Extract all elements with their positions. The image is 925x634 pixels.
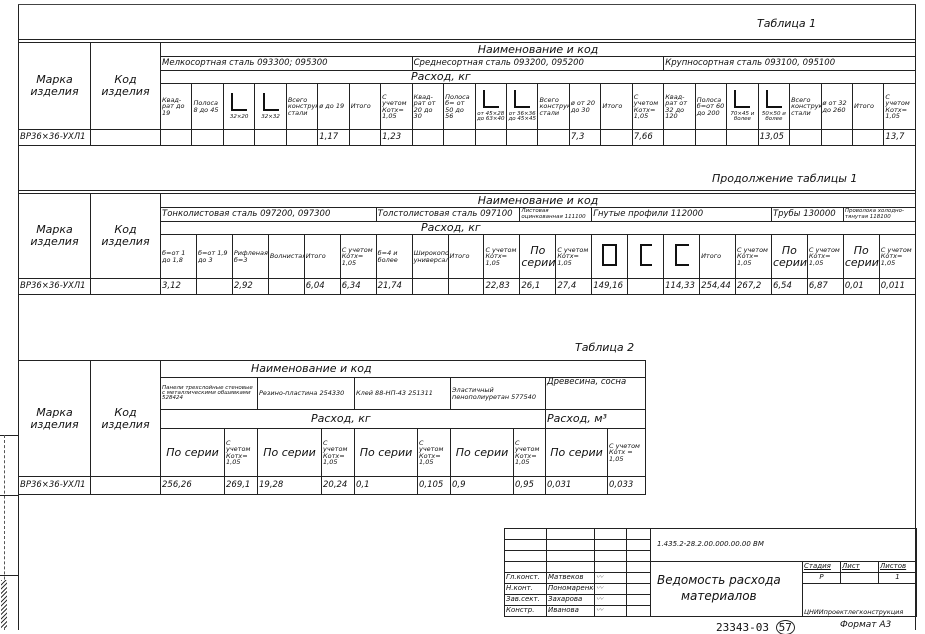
table2-subcol: По серии <box>451 429 514 477</box>
table2-cell: 0,9 <box>451 477 514 495</box>
table2-subcol: С учетом Котх= 1,05 <box>514 429 546 477</box>
table1c-cell: 2,92 <box>232 279 268 295</box>
table1c-subcol: Итого <box>700 235 736 279</box>
signature-mark: 〰 <box>595 606 627 617</box>
table1-cell: 13,05 <box>758 130 789 146</box>
table1-row-marka: ВР36×36-УХЛ1 <box>19 130 91 146</box>
table1-subcol: 70×45 и более <box>727 84 758 130</box>
table1c-cell <box>196 279 232 295</box>
table1-consumption-header: Расход, кг <box>161 71 916 84</box>
table1c-cell: 6,04 <box>304 279 340 295</box>
table1c-row-marka: ВР36×36-УХЛ1 <box>19 279 91 295</box>
table1c-group-4: Трубы 130000 <box>771 208 843 222</box>
table1-cell: 1,17 <box>318 130 349 146</box>
table1c-subcol: б=от 1,9 до 3 <box>196 235 232 279</box>
table1-subcol: Полоса б= от 50 до 56 <box>444 84 475 130</box>
table2-subcol: По серии <box>546 429 608 477</box>
sig-role: Констр. <box>505 606 547 617</box>
table1-cell <box>349 130 380 146</box>
sig-name: Иванова <box>547 606 595 617</box>
table2-cell: 269,1 <box>225 477 258 495</box>
table2-cell: 0,105 <box>418 477 451 495</box>
table1-cell <box>790 130 821 146</box>
table1c-cell: 267,2 <box>736 279 772 295</box>
sheet-number-circle: 57 <box>776 620 795 634</box>
table1-cell <box>506 130 537 146</box>
table1-name-header: Наименование и код <box>161 43 916 57</box>
table1c-subcol: Широкополосный универсальный <box>412 235 448 279</box>
table1-subcol: Итого <box>349 84 380 130</box>
inventory-number: 23343-03 57 <box>716 620 795 634</box>
document-number: 1.435.2-28.2.00.000.00.00 ВМ <box>651 529 917 562</box>
table2-group-4: Древесина, сосна <box>546 378 646 410</box>
binding-strip <box>0 435 18 630</box>
table2-col-kod: Код изделия <box>91 361 161 477</box>
table1c-subcol: По серии <box>520 235 556 279</box>
table1-cell <box>192 130 223 146</box>
table2-cell: 0,033 <box>608 477 646 495</box>
signature-mark: 〰 <box>595 595 627 606</box>
table1c-cell: 6,54 <box>771 279 807 295</box>
angle-profile-icon <box>514 90 530 108</box>
table1-cell <box>601 130 632 146</box>
table1-caption: Таблица 1 <box>757 17 816 30</box>
signature-mark: 〰 <box>595 573 627 584</box>
sheet-value <box>841 573 879 584</box>
table1c-cell: 6,34 <box>340 279 376 295</box>
table2-consumption-kg: Расход, кг <box>161 410 546 429</box>
table1-subcol: 32×20 <box>223 84 254 130</box>
table1-cell: 7,66 <box>632 130 663 146</box>
table1c-subcol: Итого <box>304 235 340 279</box>
table1c-cell: 26,1 <box>520 279 556 295</box>
table1-cell: 13,7 <box>884 130 916 146</box>
table1c-col-kod: Код изделия <box>91 194 161 279</box>
table1c-cell: 27,4 <box>556 279 592 295</box>
table1-subcol: Квад-рат до 19 <box>161 84 192 130</box>
table1-subcol: Квад-рат от 20 до 30 <box>412 84 443 130</box>
table1c-subcol <box>628 235 664 279</box>
table1-cell <box>255 130 286 146</box>
table1-subcol: Всего конструкционной стали <box>286 84 317 130</box>
table1-subcol: Итого <box>601 84 632 130</box>
sheet-label: Лист <box>841 562 879 573</box>
table1c-subcol: По серии <box>771 235 807 279</box>
table1-subcol: Итого <box>852 84 883 130</box>
table2-group-0: Панели трехслойные стеновые с металличес… <box>161 378 258 410</box>
sig-role: Н.конт. <box>505 584 547 595</box>
sheets-value: 1 <box>879 573 917 584</box>
table1c-row-kod <box>91 279 161 295</box>
table1-subcol: С учетом Котх= 1,05 <box>632 84 663 130</box>
table1c-cell <box>448 279 484 295</box>
table1-row-kod <box>91 130 161 146</box>
table1c-cell: 21,74 <box>376 279 412 295</box>
table1-cell <box>223 130 254 146</box>
table1-cell <box>475 130 506 146</box>
table1-subcol: С учетом Котх= 1,05 <box>884 84 916 130</box>
table1c-col-marka: Марка изделия <box>19 194 91 279</box>
table2-subcol: По серии <box>355 429 418 477</box>
title-line-1: Ведомость расхода <box>657 573 781 587</box>
stage-label: Стадия <box>803 562 841 573</box>
channel-profile-icon <box>675 244 689 266</box>
table2-caption: Таблица 2 <box>575 341 634 354</box>
table2-col-marka: Марка изделия <box>19 361 91 477</box>
angle-profile-icon <box>734 90 750 108</box>
table1-cell <box>161 130 192 146</box>
table1c-group-5: Проволока холодно-тянутая 118100 <box>843 208 915 222</box>
angle-profile-icon <box>263 93 279 111</box>
table1-cell <box>664 130 695 146</box>
table2-cell: 0,1 <box>355 477 418 495</box>
title-block: 1.435.2-28.2.00.000.00.00 ВМ Ведомость р… <box>504 528 917 617</box>
sig-name: Пономаренко <box>547 584 595 595</box>
table1-subcol: Квад-рат от 32 до 120 <box>664 84 695 130</box>
table2-subcol: С учетом Котх= 1,05 <box>225 429 258 477</box>
table1-group-2: Крупносортная сталь 093100, 095100 <box>664 57 916 71</box>
table2-cell: 0,95 <box>514 477 546 495</box>
table2-subcol: С учетом Котх= 1,05 <box>322 429 355 477</box>
table1c-cell: 114,33 <box>664 279 700 295</box>
table1c-subcol: Итого <box>448 235 484 279</box>
table1-cont-caption: Продолжение таблицы 1 <box>712 172 857 185</box>
title-line-2: материалов <box>657 589 757 603</box>
table1-cell <box>852 130 883 146</box>
table1-cell: 1,23 <box>381 130 412 146</box>
table1c-subcol <box>592 235 628 279</box>
angle-profile-icon <box>483 90 499 108</box>
table1c-name-header: Наименование и код <box>161 194 916 208</box>
table2-row-kod <box>91 477 161 495</box>
table2-group-3: Эластичный пенополиуретан 577540 <box>451 378 546 410</box>
table2-cell: 0,031 <box>546 477 608 495</box>
table1c-subcol <box>664 235 700 279</box>
table1-group-0: Мелкосортная сталь 093300; 095300 <box>161 57 413 71</box>
table1-cell <box>821 130 852 146</box>
table1c-subcol: С учетом Котх= 1,05 <box>879 235 915 279</box>
angle-profile-icon <box>231 93 247 111</box>
table1c-subcol: По серии <box>843 235 879 279</box>
table2-name-header: Наименование и код <box>161 361 646 378</box>
table1c-cell: 22,83 <box>484 279 520 295</box>
table1c-cell: 254,44 <box>700 279 736 295</box>
table1-cell <box>538 130 569 146</box>
table1c-group-0: Тонколистовая сталь 097200, 097300 <box>161 208 377 222</box>
table1-cell: 7,3 <box>569 130 600 146</box>
table1c-subcol: С учетом Котх= 1,05 <box>484 235 520 279</box>
table1c-group-3: Гнутые профили 112000 <box>592 208 772 222</box>
table1-group-1: Среднесортная сталь 093200, 095200 <box>412 57 664 71</box>
table2-subcol: По серии <box>258 429 322 477</box>
table1-col-marka: Марка изделия <box>19 43 91 130</box>
table1c-cell: 3,12 <box>161 279 197 295</box>
table1-subcol: Всего конструкционной стали <box>790 84 821 130</box>
stage-value: Р <box>803 573 841 584</box>
sig-role: Гл.конст. <box>505 573 547 584</box>
table2-consumption-m3: Расход, м³ <box>546 410 646 429</box>
table1c-cell <box>628 279 664 295</box>
divider <box>18 190 916 191</box>
table1c-subcol: Рифленая б=3 <box>232 235 268 279</box>
table1-subcol: 50×50 и более <box>758 84 789 130</box>
table2: Марка изделия Код изделия Наименование и… <box>18 360 646 495</box>
table1c-cell: 0,011 <box>879 279 915 295</box>
table1c-subcol: б=4 и более <box>376 235 412 279</box>
table2-cell: 20,24 <box>322 477 355 495</box>
table2-subcol: По серии <box>161 429 225 477</box>
table1-subcol: 32×32 <box>255 84 286 130</box>
table1-subcol: ø от 20 до 30 <box>569 84 600 130</box>
table1c-cell <box>268 279 304 295</box>
table1-cell <box>727 130 758 146</box>
table1-subcol: от 45×28 до 63×40 <box>475 84 506 130</box>
document-title: Ведомость расхода материалов <box>651 562 803 617</box>
table2-subcol: С учетом Котх= 1,05 <box>418 429 451 477</box>
divider <box>18 39 916 40</box>
table1-cell <box>695 130 726 146</box>
table2-cell: 19,28 <box>258 477 322 495</box>
table1c-cell: 6,87 <box>807 279 843 295</box>
table2-group-1: Резино-пластина 254330 <box>258 378 355 410</box>
table1-subcol: от 36×36 до 45×45 <box>506 84 537 130</box>
sig-name: Захарова <box>547 595 595 606</box>
table1-continuation: Марка изделия Код изделия Наименование и… <box>18 193 916 295</box>
table1-cell <box>286 130 317 146</box>
table1c-consumption-header: Расход, кг <box>161 222 916 235</box>
table1-col-kod: Код изделия <box>91 43 161 130</box>
angle-profile-icon <box>766 90 782 108</box>
table1-subcol: С учетом Котх= 1,05 <box>381 84 412 130</box>
sig-role: Зав.сект. <box>505 595 547 606</box>
table1c-group-2: Листовая оцинкованная 111100 <box>520 208 592 222</box>
table1c-cell: 149,16 <box>592 279 628 295</box>
table1c-subcol: С учетом Котх= 1,05 <box>736 235 772 279</box>
table2-row-marka: ВР36×36-УХЛ1 <box>19 477 91 495</box>
table1c-subcol: Волнистая <box>268 235 304 279</box>
table1-subcol: ø от 32 до 260 <box>821 84 852 130</box>
format-label: Формат А3 <box>840 620 891 630</box>
table1-subcol: Полоса б=от 60 до 200 <box>695 84 726 130</box>
sheets-label: Листов <box>879 562 917 573</box>
table1c-subcol: С учетом Котх= 1,05 <box>556 235 592 279</box>
table1: Марка изделия Код изделия Наименование и… <box>18 42 916 146</box>
organization: ЦНИИпроектлегконструкция <box>803 584 917 617</box>
table1-cell <box>444 130 475 146</box>
table1-subcol: ø до 19 <box>318 84 349 130</box>
table1c-cell <box>412 279 448 295</box>
channel-profile-icon <box>640 244 652 266</box>
table1c-group-1: Толстолистовая сталь 097100 <box>376 208 520 222</box>
channel-profile-icon <box>602 244 617 266</box>
table1-subcol: Всего конструкционной стали <box>538 84 569 130</box>
table1c-subcol: б=от 1 до 1,8 <box>161 235 197 279</box>
table2-cell: 256,26 <box>161 477 225 495</box>
table1-subcol: Полоса 8 до 45 <box>192 84 223 130</box>
signature-mark: 〰 <box>595 584 627 595</box>
table1c-cell: 0,01 <box>843 279 879 295</box>
table1c-subcol: С учетом Котх= 1,05 <box>807 235 843 279</box>
table1c-subcol: С учетом Котх= 1,05 <box>340 235 376 279</box>
inventory-code: 23343-03 <box>716 621 769 634</box>
table1-cell <box>412 130 443 146</box>
table2-subcol: С учетом Котх = 1,05 <box>608 429 646 477</box>
sig-name: Матвеков <box>547 573 595 584</box>
table2-group-2: Клей 88-НП-43 251311 <box>355 378 451 410</box>
